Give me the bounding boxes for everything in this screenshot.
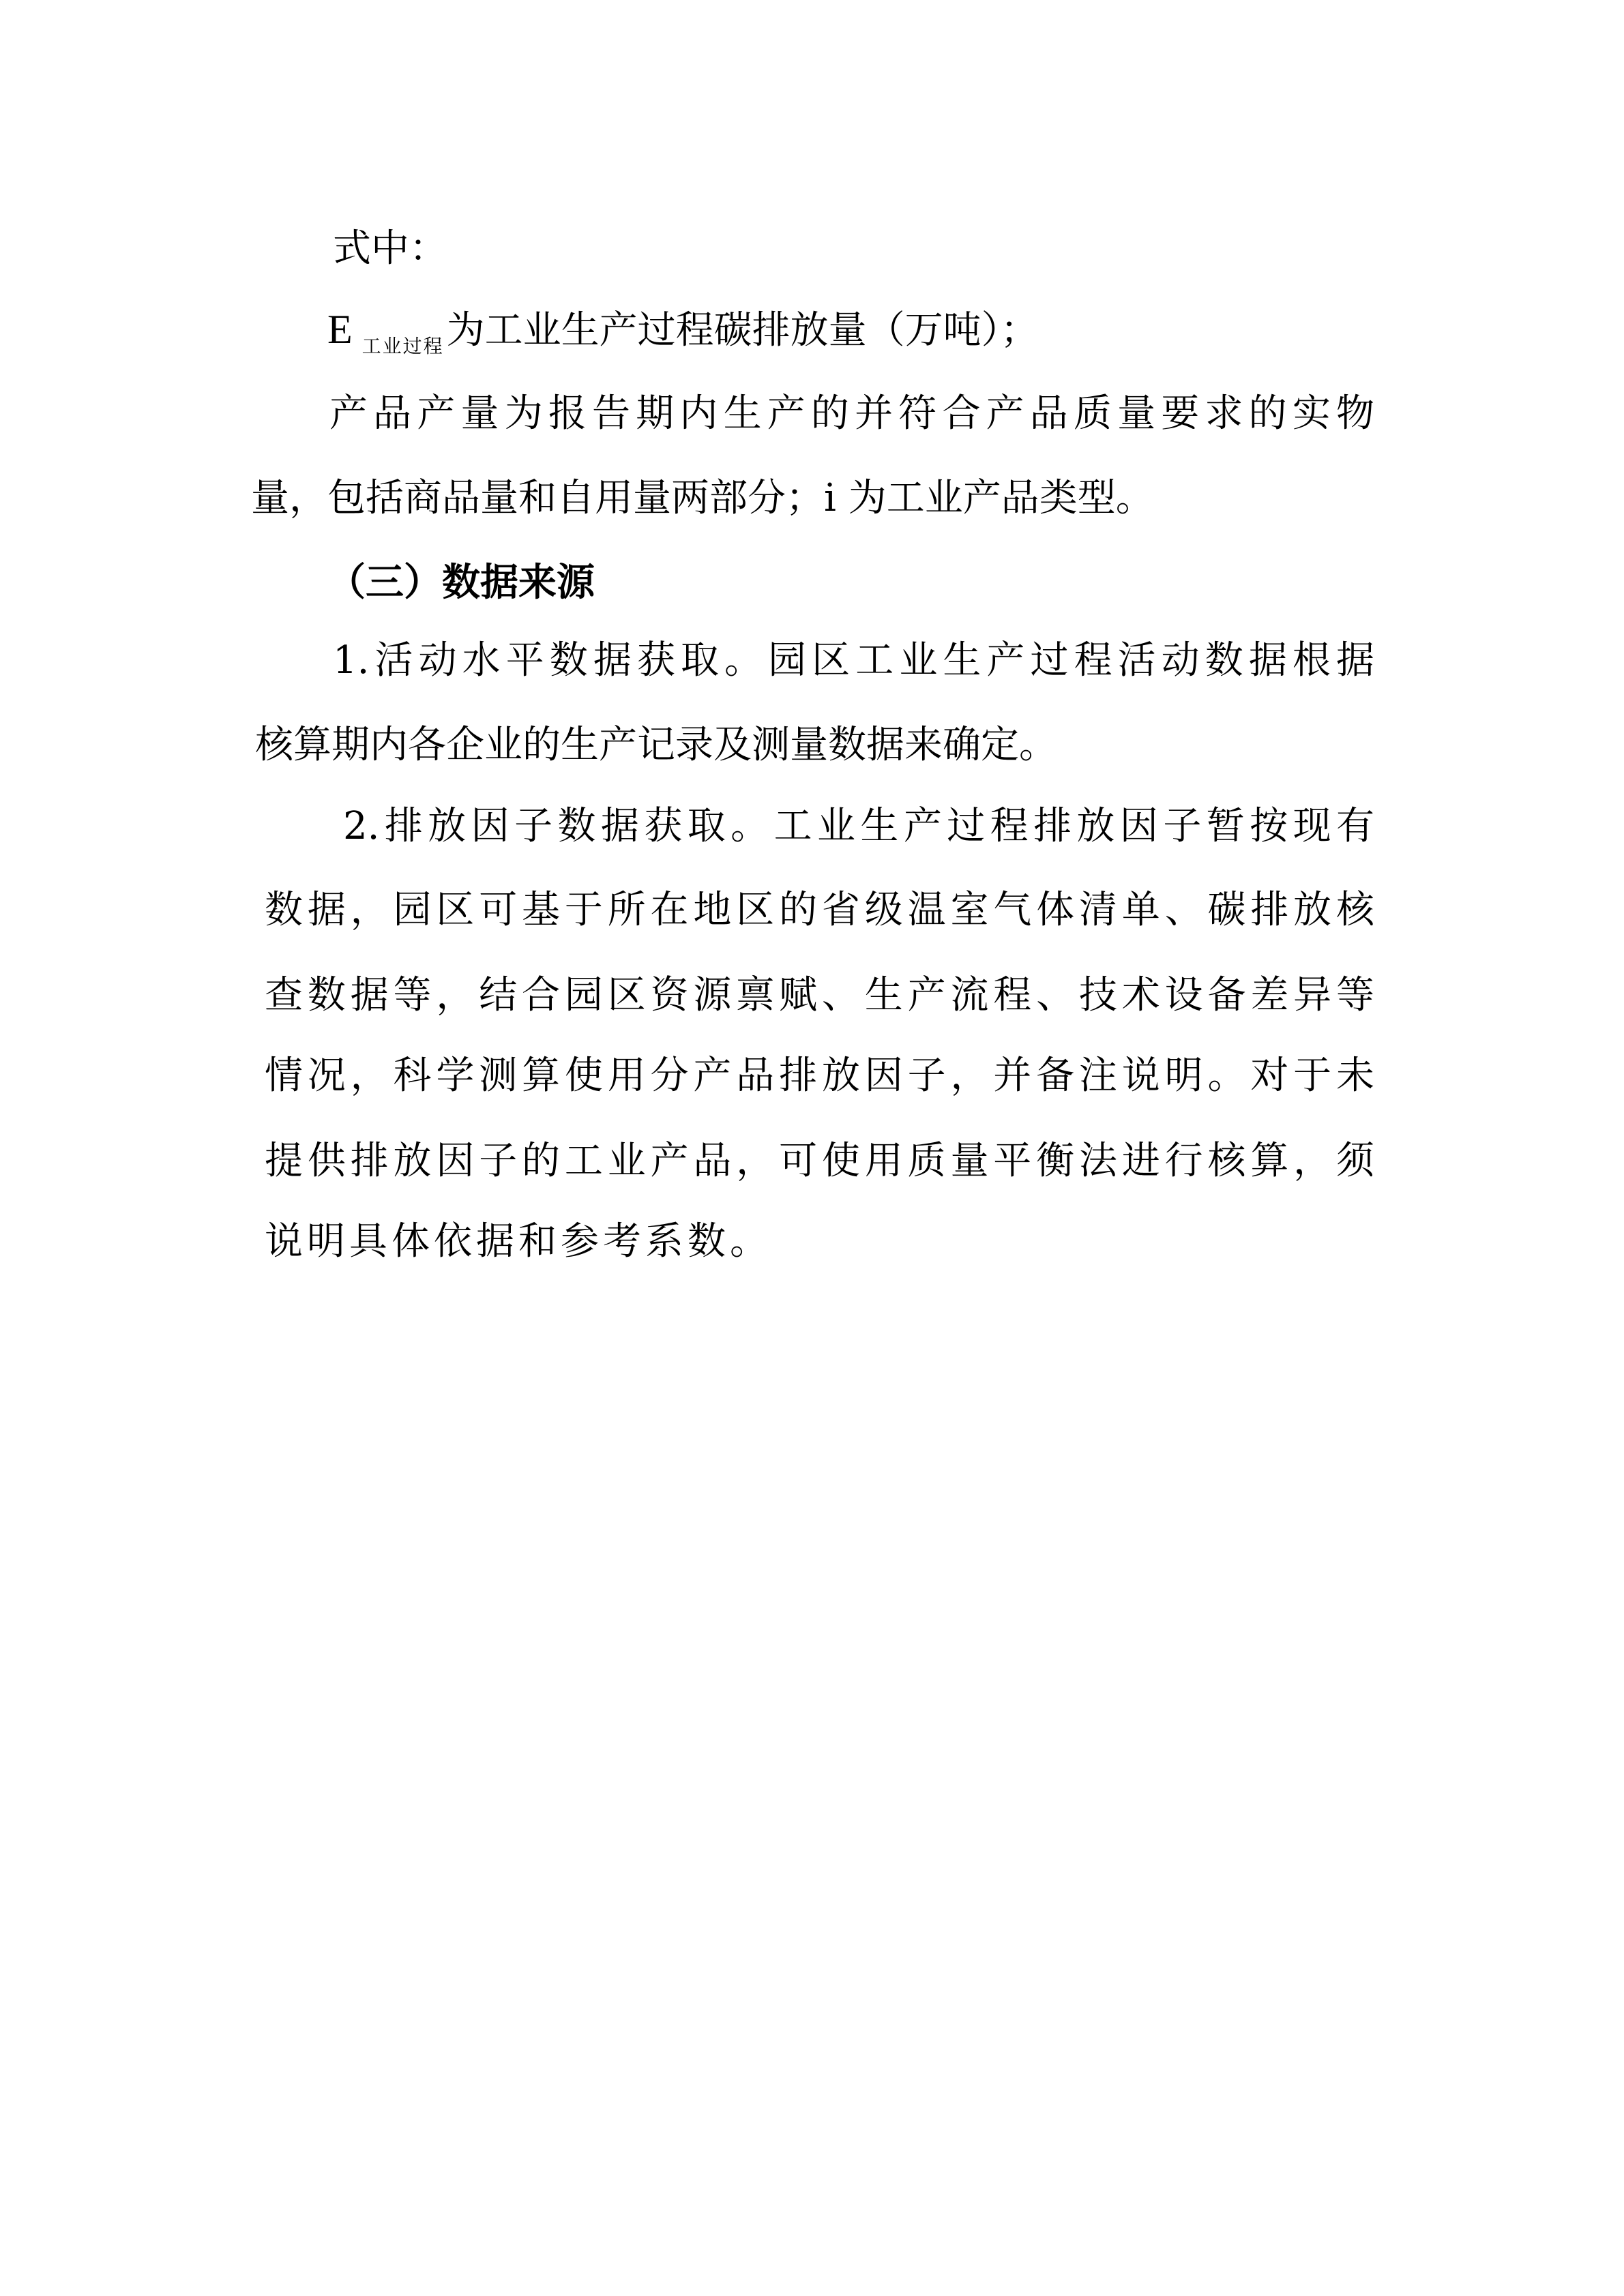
formula-where-label: 式中： xyxy=(333,225,447,273)
paragraph-activity-data-line-1: 1.活动水平数据获取。园区工业生产过程活动数据根据 xyxy=(333,637,1374,685)
variable-subscript: 工业过程 xyxy=(362,335,444,357)
paragraph-emission-factor-line-6: 说明具体依据和参考系数。 xyxy=(265,1218,772,1266)
paragraph-activity-data-line-2: 核算期内各企业的生产记录及测量数据来确定。 xyxy=(255,721,1057,769)
paragraph-product-output-line-2: 量，包括商品量和自用量两部分；i 为工业产品类型。 xyxy=(251,475,1154,522)
variable-description: 为工业生产过程碳排放量（万吨）； xyxy=(447,308,1039,353)
section-heading-data-sources: （三）数据来源 xyxy=(327,559,595,607)
paragraph-emission-factor-line-1: 2.排放因子数据获取。工业生产过程排放因子暂按现有 xyxy=(343,803,1374,850)
paragraph-emission-factor-line-3: 查数据等，结合园区资源禀赋、生产流程、技术设备差异等 xyxy=(265,972,1374,1019)
paragraph-product-output-line-1: 产品产量为报告期内生产的并符合产品质量要求的实物 xyxy=(329,390,1374,438)
variable-definition-e: E工业过程为工业生产过程碳排放量（万吨）； xyxy=(327,305,1039,361)
paragraph-emission-factor-line-4: 情况，科学测算使用分产品排放因子，并备注说明。对于未 xyxy=(265,1052,1374,1100)
variable-symbol: E xyxy=(327,307,353,352)
paragraph-emission-factor-line-2: 数据，园区可基于所在地区的省级温室气体清单、碳排放核 xyxy=(265,886,1374,934)
document-page: 式中： E工业过程为工业生产过程碳排放量（万吨）； 产品产量为报告期内生产的并符… xyxy=(0,0,1624,2296)
paragraph-emission-factor-line-5: 提供排放因子的工业产品，可使用质量平衡法进行核算，须 xyxy=(265,1137,1374,1185)
